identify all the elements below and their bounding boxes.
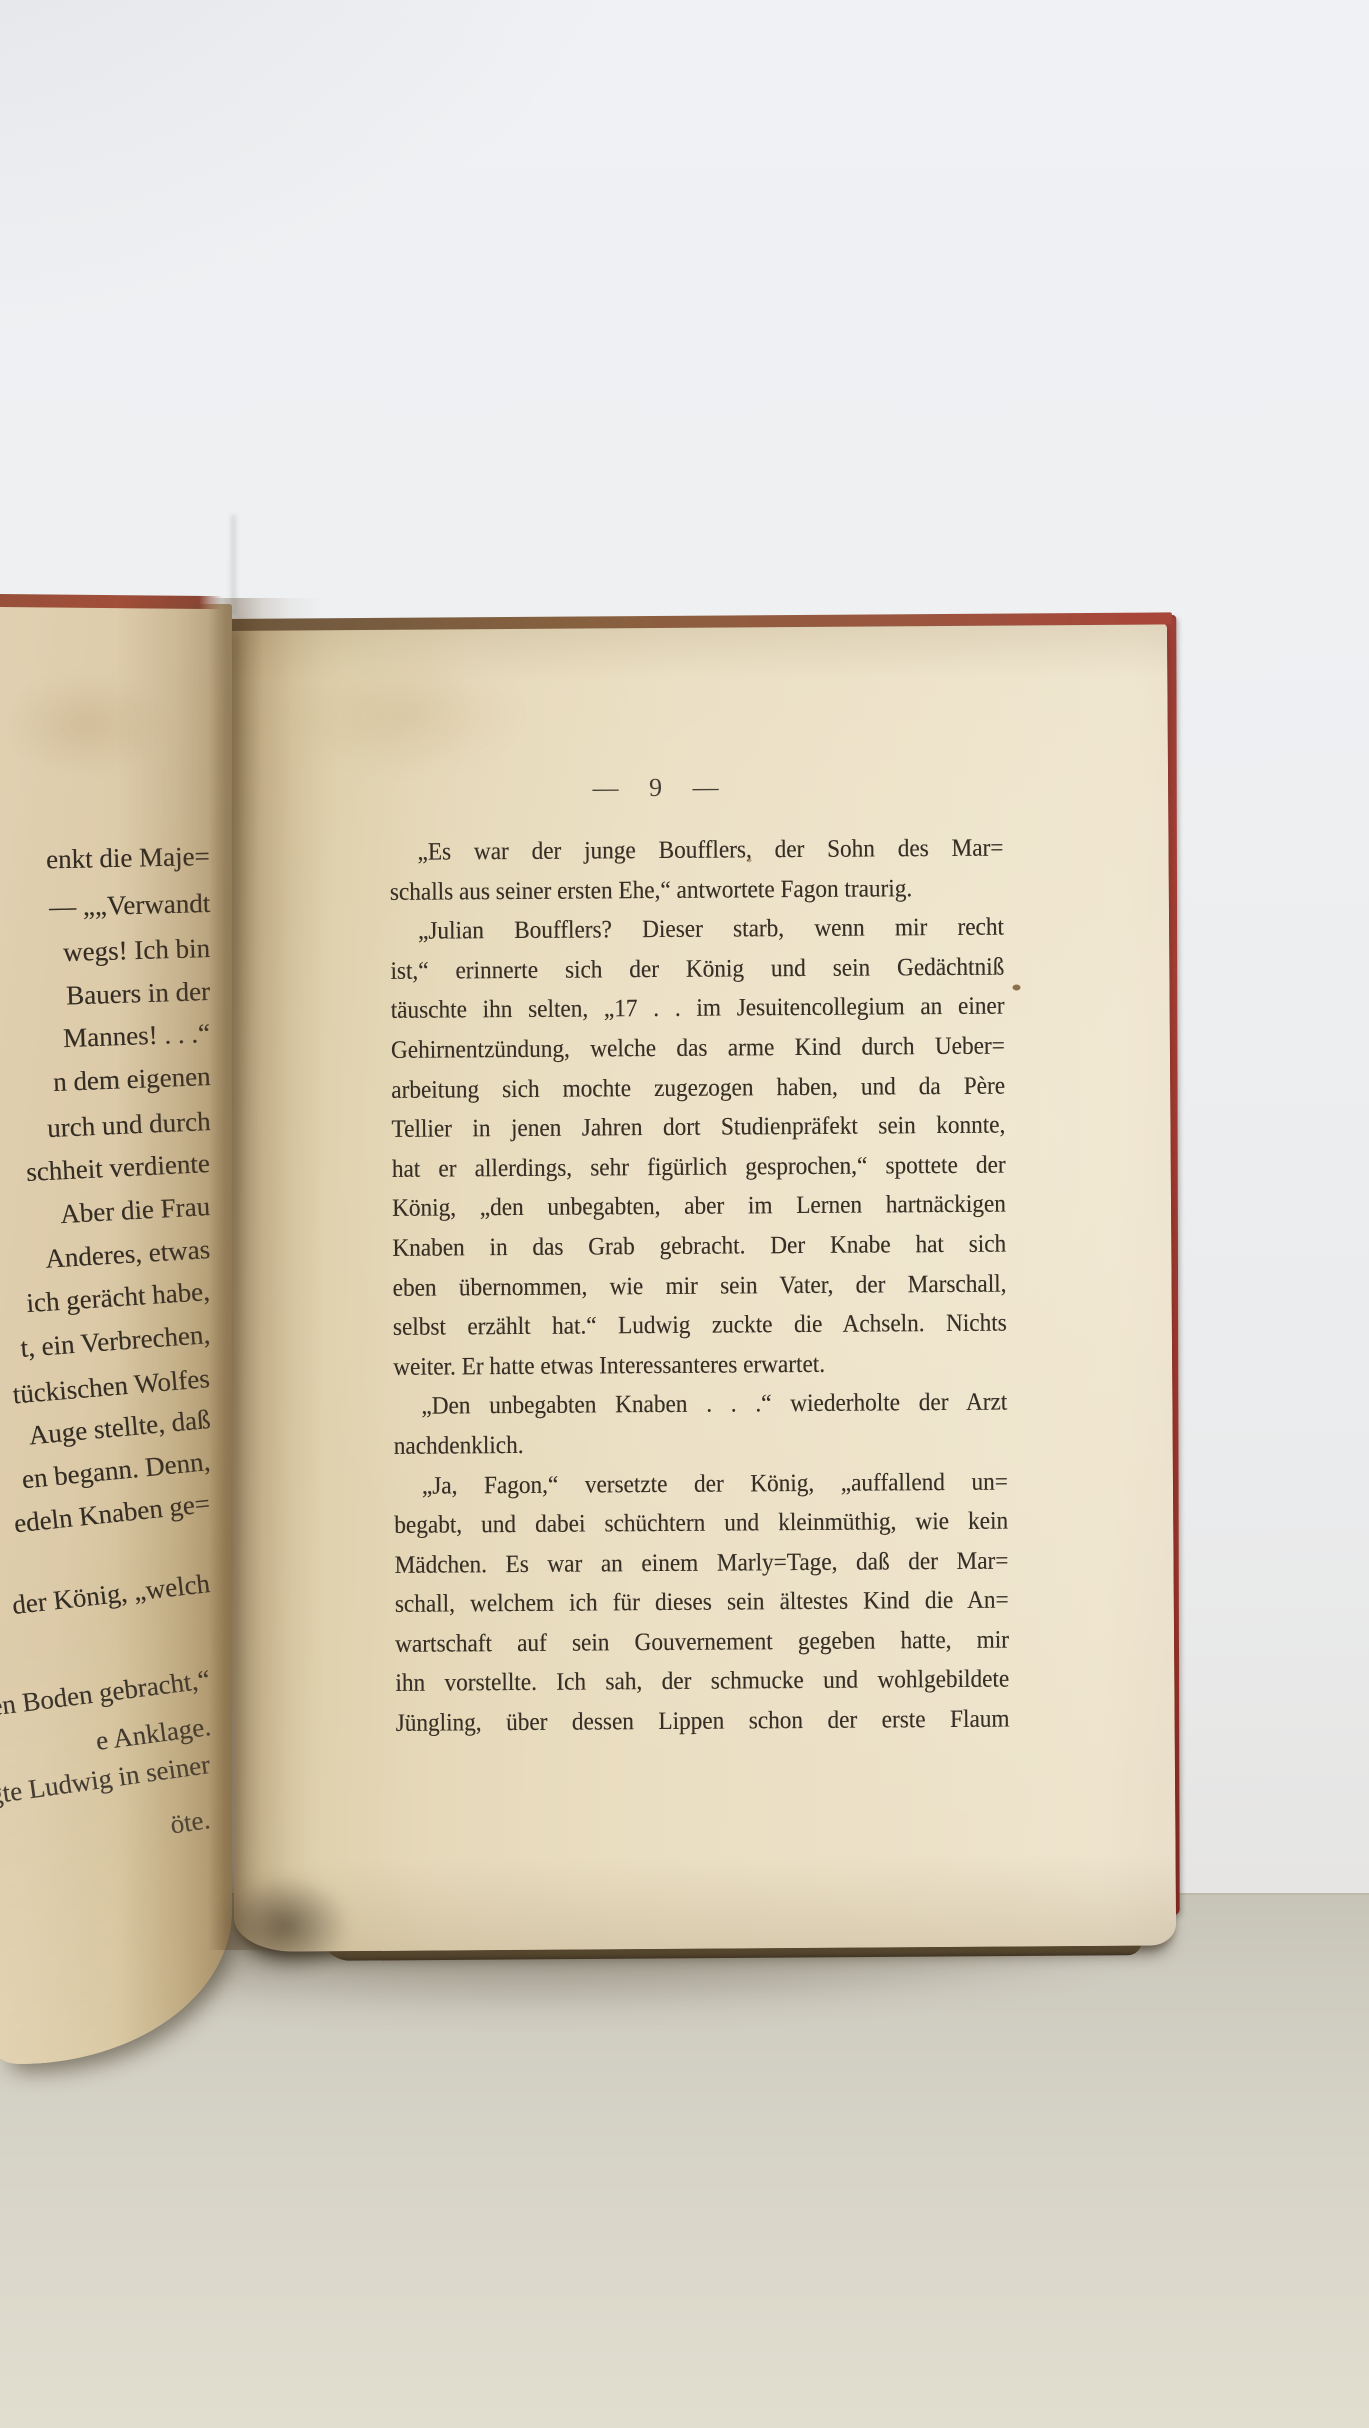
- photo-open-book: — 9 — „Es war der junge Boufflers, der S…: [0, 0, 1369, 2428]
- text-line-fragment: Aber die Frau: [59, 1190, 210, 1230]
- text-line: „Ja, Fagon,“ versetzte der König, „auffa…: [394, 1462, 1008, 1506]
- text-line: wartschaft auf sein Gouvernement gegeben…: [395, 1620, 1009, 1664]
- text-line: „Es war der junge Boufflers, der Sohn de…: [389, 829, 1003, 873]
- text-line-fragment: e Anklage.: [93, 1710, 212, 1757]
- text-line-fragment: urch und durch: [46, 1105, 211, 1144]
- left-page-text-fragments: enkt die Maje=— „„Verwandtwegs! Ich binB…: [0, 604, 232, 2064]
- text-line-fragment: den Boden gebracht,“: [0, 1663, 212, 1724]
- text-line-fragment: tückischen Wolfes: [12, 1362, 212, 1410]
- text-line-fragment: der König, „welch: [11, 1567, 212, 1621]
- text-line-fragment: schheit verdiente: [26, 1147, 211, 1188]
- text-line-fragment: öte.: [168, 1803, 212, 1840]
- text-line: ihn vorstellte. Ich sah, der schmucke un…: [395, 1660, 1009, 1704]
- text-line-fragment: Bauers in der: [66, 975, 211, 1012]
- page-text-block: „Es war der junge Boufflers, der Sohn de…: [389, 829, 1009, 1744]
- text-line: ist,“ erinnerte sich der König und sein …: [390, 947, 1004, 991]
- text-line: selbst erzählt hat.“ Ludwig zuckte die A…: [393, 1304, 1007, 1348]
- text-line: schall, welchem ich für dieses sein älte…: [395, 1581, 1009, 1625]
- text-line: begabt, und dabei schüchtern und kleinmü…: [394, 1502, 1008, 1546]
- text-line-fragment: Anderes, etwas: [44, 1233, 211, 1275]
- text-line-fragment: en begann. Denn,: [20, 1445, 211, 1495]
- gutter-bottom-shadow: [220, 1876, 350, 1976]
- paragraph: „Julian Boufflers? Dieser starb, wenn mi…: [390, 908, 1007, 1387]
- text-line: Jüngling, über dessen Lippen schon der e…: [396, 1700, 1010, 1744]
- text-line: nachdenklich.: [394, 1422, 1008, 1466]
- text-line: „Den unbegabten Knaben . . .“ wiederholt…: [393, 1383, 1007, 1427]
- text-line: arbeitung sich mochte zugezogen haben, u…: [391, 1066, 1005, 1110]
- text-line: schalls aus seiner ersten Ehe,“ antworte…: [390, 868, 1004, 912]
- text-line: Mädchen. Es war an einem Marly=Tage, daß…: [394, 1541, 1008, 1585]
- text-line-fragment: Mannes! . . .“: [63, 1017, 211, 1054]
- paragraph: „Es war der junge Boufflers, der Sohn de…: [389, 829, 1003, 912]
- text-line-fragment: — „„Verwandt: [48, 887, 210, 923]
- text-line-fragment: Auge stellte, daß: [27, 1403, 211, 1451]
- text-line: eben übernommen, wie mir sein Vater, der…: [392, 1264, 1006, 1308]
- text-line: Tellier in jenen Jahren dort Studienpräf…: [391, 1106, 1005, 1150]
- text-line-fragment: t, ein Verbrechen,: [19, 1318, 211, 1364]
- wall-seam-shadow: [231, 515, 236, 615]
- text-line: täuschte ihn selten, „17 . . im Jesuiten…: [391, 987, 1005, 1031]
- text-line: „Julian Boufflers? Dieser starb, wenn mi…: [390, 908, 1004, 952]
- text-line-fragment: edeln Knaben ge=: [13, 1487, 212, 1539]
- text-line: weiter. Er hatte etwas Interessanteres e…: [393, 1343, 1007, 1387]
- text-line: hat er allerdings, sehr figürlich gespro…: [392, 1145, 1006, 1189]
- foxing-speck: [747, 858, 752, 862]
- foxing-speck: [1012, 984, 1020, 990]
- paragraph: „Ja, Fagon,“ versetzte der König, „auffa…: [394, 1462, 1010, 1743]
- text-line-fragment: wegs! Ich bin: [63, 932, 211, 968]
- text-line-fragment: gte Ludwig in seiner: [0, 1748, 212, 1811]
- text-line: König, „den unbegabten, aber im Lernen h…: [392, 1185, 1006, 1229]
- text-line-fragment: enkt die Maje=: [46, 840, 210, 875]
- text-line-fragment: ich gerächt habe,: [26, 1275, 211, 1319]
- paragraph: „Den unbegabten Knaben . . .“ wiederholt…: [393, 1383, 1007, 1466]
- paper-stain: [285, 654, 526, 776]
- paper-stain: [6, 674, 166, 774]
- text-line: Gehirnentzündung, welche das arme Kind d…: [391, 1027, 1005, 1071]
- text-line: Knaben in das Grab gebracht. Der Knabe h…: [392, 1224, 1006, 1268]
- page-number: — 9 —: [376, 771, 936, 805]
- text-line-fragment: n dem eigenen: [52, 1060, 211, 1098]
- right-page: — 9 — „Es war der junge Boufflers, der S…: [225, 623, 1176, 1952]
- left-page: enkt die Maje=— „„Verwandtwegs! Ich binB…: [0, 604, 232, 2064]
